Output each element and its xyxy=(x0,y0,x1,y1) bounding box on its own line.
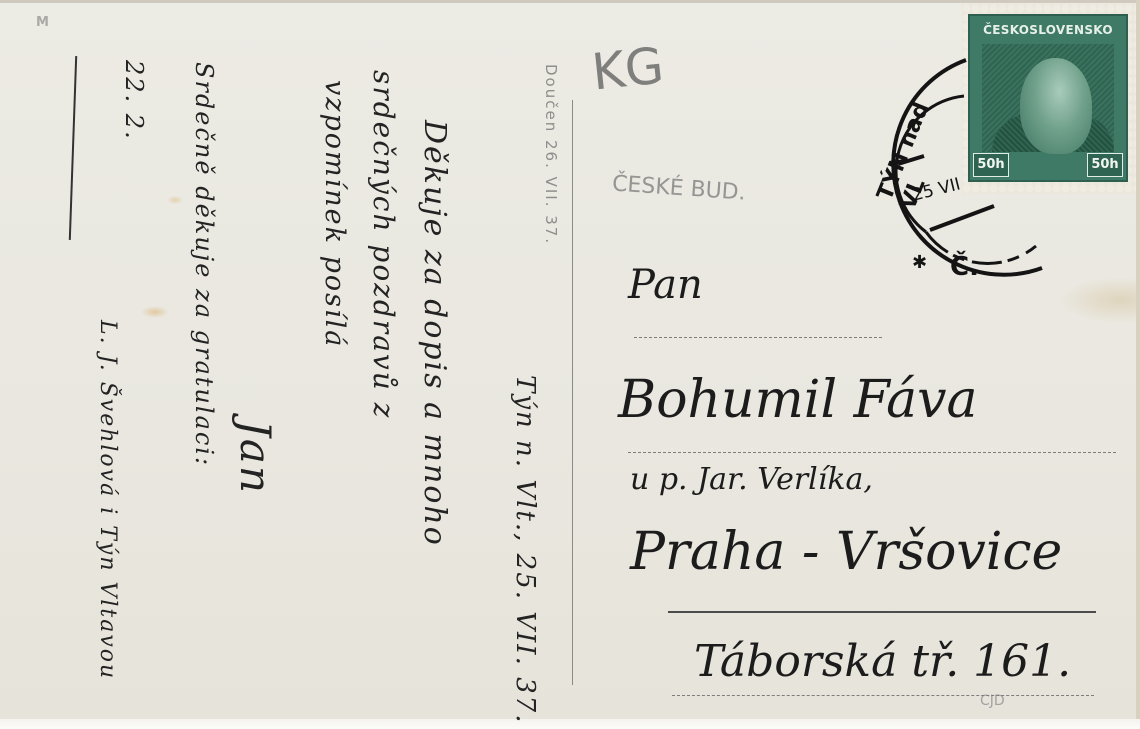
signature: Jan xyxy=(231,420,280,495)
city-underline xyxy=(668,611,1096,613)
margin-line: Srdečně děkuje za gratulaci: xyxy=(190,62,218,467)
margin-line: 22. 2. xyxy=(120,60,148,141)
message-line: vzpomínek posílá xyxy=(319,80,350,348)
dateline: Týn n. Vlt., 25. VII. 37. xyxy=(510,375,540,724)
message-line: srdečných pozdravů z xyxy=(367,70,400,419)
svg-text:✱: ✱ xyxy=(912,252,927,273)
stamp-value-right: 50h xyxy=(1087,153,1123,177)
postcard-back: M Doučen 26. VII. 37. Týn n. Vlt., 25. V… xyxy=(0,0,1140,729)
card-edge xyxy=(0,0,1140,3)
address-rule xyxy=(672,695,1094,696)
margin-line: L. J. Švehlová i Týn Vltavou xyxy=(95,320,120,680)
address-name: Bohumil Fáva xyxy=(618,370,978,430)
stamp-country: ČESKOSLOVENSKO xyxy=(974,19,1122,41)
received-note: Doučen 26. VII. 37. xyxy=(542,64,560,245)
address-city: Praha - Vršovice xyxy=(630,522,1062,582)
pencil-note: ČESKÉ BUD. xyxy=(611,171,746,205)
address-salutation: Pan xyxy=(628,262,703,308)
address-care-of: u p. Jar. Verlíka, xyxy=(630,462,873,497)
card-edge xyxy=(0,719,1140,729)
address-rule xyxy=(628,452,1116,453)
corner-mark: M xyxy=(36,15,49,30)
postmark-bottom: Č. xyxy=(950,252,979,282)
address-rule xyxy=(634,337,882,338)
center-divider-line xyxy=(572,100,573,685)
left-margin-stroke xyxy=(69,56,77,240)
message-line: Děkuje za dopis a mnoho xyxy=(417,120,452,547)
address-street: Táborská tř. 161. xyxy=(694,636,1071,687)
card-edge xyxy=(1136,0,1140,729)
postmark: ✱ TÝN nad VL 25 VII Č. xyxy=(846,54,1046,294)
pencil-initials: KG xyxy=(589,36,666,101)
